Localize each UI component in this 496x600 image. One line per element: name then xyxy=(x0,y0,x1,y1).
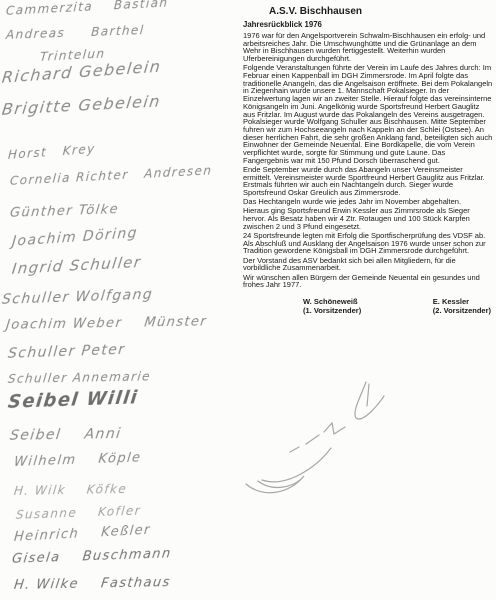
handwritten-signature: Brigitte Gebelein xyxy=(1,92,162,119)
report-subtitle: Jahresrückblick 1976 xyxy=(243,20,493,29)
handwritten-signature: Cornelia Richter Andresen xyxy=(10,163,213,188)
handwritten-signature: Seibel Willi xyxy=(7,387,140,413)
signoff-name: E. Kessler xyxy=(433,297,491,306)
signoff-role: (1. Vorsitzender) xyxy=(303,306,361,315)
handwritten-signature: Andreas Barthel xyxy=(6,23,145,42)
signoff-second-chairman: E. Kessler (2. Vorsitzender) xyxy=(433,297,491,315)
handwritten-signature: Joachim Weber Münster xyxy=(5,314,208,333)
handwritten-signature: Schuller Peter xyxy=(7,342,126,362)
handwritten-signature: Schuller Annemarie xyxy=(7,369,151,386)
signoff-role: (2. Vorsitzender) xyxy=(433,306,491,315)
signoff-name: W. Schöneweiß xyxy=(303,297,361,306)
handwritten-signature: Wilhelm Köple xyxy=(13,451,142,471)
scanned-document-page: Cammerzita Bastian Andreas Barthel Trint… xyxy=(0,0,496,600)
handwritten-signature: Ingrid Schuller xyxy=(11,253,143,278)
report-paragraph: Hieraus ging Sportsfreund Erwin Kessler … xyxy=(243,207,493,230)
handwritten-signature: Seibel Anni xyxy=(9,426,122,444)
handwritten-signature: Joachim Döring xyxy=(11,225,138,250)
handwritten-signature: Schuller Wolfgang xyxy=(1,287,154,308)
handwritten-signature: H. Wilk Köfke xyxy=(13,482,128,498)
report-title: A.S.V. Bischhausen xyxy=(269,6,493,17)
handwritten-signature: H. Wilke Fasthaus xyxy=(13,575,172,593)
signoff-first-chairman: W. Schöneweiß (1. Vorsitzender) xyxy=(303,297,361,315)
handwritten-signature: Horst Krey xyxy=(8,142,96,162)
handwritten-signature: Cammerzita Bastian xyxy=(6,0,169,18)
report-paragraph: Ende September wurde durch das Abangeln … xyxy=(243,166,493,197)
handwritten-signature: Gisela Buschmann xyxy=(11,546,172,567)
handwritten-signature: Günther Tölke xyxy=(9,202,120,221)
report-paragraph: 1976 war für den Angelsportverein Schwal… xyxy=(243,32,493,63)
pencil-scribble xyxy=(228,368,408,503)
report-paragraph: 24 Sportsfreunde legten mit Erfolg die S… xyxy=(243,232,493,255)
report-paragraph: Wir wünschen allen Bürgern der Gemeinde … xyxy=(243,274,493,289)
report-paragraph: Der Vorstand des ASV bedankt sich bei al… xyxy=(243,257,493,272)
handwritten-signature: Susanne Kofler xyxy=(15,504,141,522)
report-paragraph: Das Hechtangeln wurde wie jedes Jahr im … xyxy=(243,198,493,206)
signoff-block: W. Schöneweiß (1. Vorsitzender) E. Kessl… xyxy=(243,297,493,315)
handwritten-signature: Heinrich Keßler xyxy=(13,523,151,545)
typed-report: A.S.V. Bischhausen Jahresrückblick 1976 … xyxy=(243,6,493,315)
report-paragraph: Folgende Veranstaltungen führte der Vere… xyxy=(243,64,493,164)
